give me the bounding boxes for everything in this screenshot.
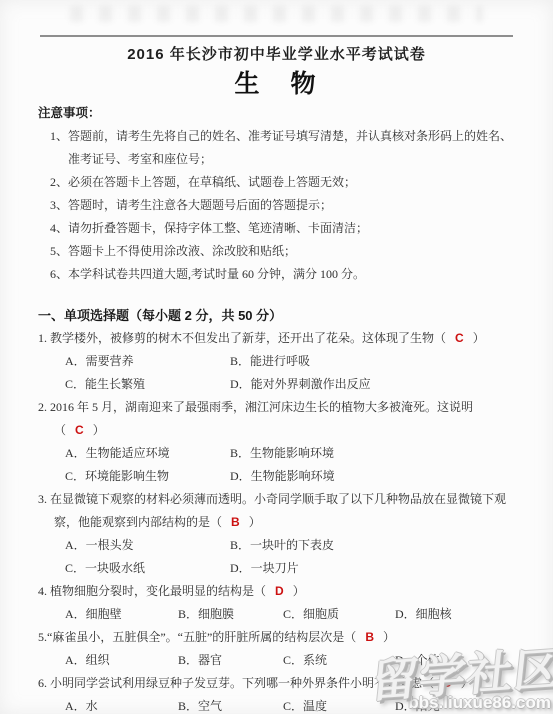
question-stem-tail: ）	[473, 331, 485, 345]
question-stem-text: 5.“麻雀虽小，五脏俱全”。“五脏”的肝脏所属的结构层次是（	[38, 630, 356, 644]
question-stem: 6. 小明同学尝试利用绿豆种子发豆芽。下列哪一种外界条件小明不必考虑（D）	[38, 672, 519, 695]
option-item: D．一块刀片	[230, 557, 519, 580]
option-item: B．能进行呼吸	[230, 350, 519, 373]
option-item: D．生物能影响环境	[230, 465, 519, 488]
option-item: D．细胞核	[395, 603, 519, 626]
notice-item-5: 5、答题卡上不得使用涂改液、涂改胶和贴纸；	[38, 240, 519, 263]
option-item: D．个体	[395, 649, 519, 672]
option-item: B．一块叶的下表皮	[230, 534, 519, 557]
question-stem-tail: ）	[461, 676, 473, 690]
question-options: A．细胞壁B．细胞膜C．细胞质D．细胞核	[65, 603, 519, 626]
answer-letter: B	[365, 630, 374, 644]
option-item: B．器官	[178, 649, 283, 672]
question-block: 1. 教学楼外，被修剪的树木不但发出了新芽，还开出了花朵。这体现了生物（C）A．…	[38, 327, 519, 396]
question-options: A．水B．空气C．温度D．阳光	[65, 695, 519, 714]
subject-title: 生 物	[0, 64, 553, 100]
paper-body: 注意事项： 1、答题前，请考生先将自己的姓名、准考证号填写清楚，并认真核对条形码…	[38, 102, 519, 714]
option-item: A．组织	[65, 649, 178, 672]
option-item: A．细胞壁	[65, 603, 178, 626]
option-item: B．生物能影响环境	[230, 442, 519, 465]
answer-letter: B	[231, 515, 240, 529]
question-stem-text: 6. 小明同学尝试利用绿豆种子发豆芽。下列哪一种外界条件小明不必考虑（	[38, 676, 434, 690]
question-block: 5.“麻雀虽小，五脏俱全”。“五脏”的肝脏所属的结构层次是（B）A．组织B．器官…	[38, 626, 519, 672]
question-options: A．一根头发B．一块叶的下表皮C．一块吸水纸D．一块刀片	[65, 534, 519, 580]
header-divider	[40, 35, 513, 37]
notice-item-3: 3、答题时，请考生注意各大题题号后面的答题提示；	[38, 194, 519, 217]
scan-noise-artifact	[70, 6, 483, 22]
option-item: A．一根头发	[65, 534, 230, 557]
option-item: A．需要营养	[65, 350, 230, 373]
answer-letter: C	[455, 331, 464, 345]
question-block: 6. 小明同学尝试利用绿豆种子发豆芽。下列哪一种外界条件小明不必考虑（D）A．水…	[38, 672, 519, 714]
question-stem-tail: ）	[93, 423, 105, 437]
option-item: B．空气	[178, 695, 283, 714]
option-item: D．阳光	[395, 695, 519, 714]
option-item: A．水	[65, 695, 178, 714]
question-stem: 3. 在显微镜下观察的材料必须薄而透明。小奇同学顺手取了以下几种物品放在显微镜下…	[38, 488, 519, 534]
notices-heading: 注意事项：	[38, 102, 519, 125]
question-stem-text: 3. 在显微镜下观察的材料必须薄而透明。小奇同学顺手取了以下几种物品放在显微镜下…	[38, 492, 506, 529]
question-stem: 5.“麻雀虽小，五脏俱全”。“五脏”的肝脏所属的结构层次是（B）	[38, 626, 519, 649]
option-item: C．一块吸水纸	[65, 557, 230, 580]
question-stem-tail: ）	[249, 515, 261, 529]
notice-item-1: 1、答题前，请考生先将自己的姓名、准考证号填写清楚，并认真核对条形码上的姓名、准…	[38, 125, 519, 171]
option-item: C．能生长繁殖	[65, 373, 230, 396]
option-item: B．细胞膜	[178, 603, 283, 626]
option-item: A．生物能适应环境	[65, 442, 230, 465]
answer-letter: D	[443, 676, 452, 690]
questions-list: 1. 教学楼外，被修剪的树木不但发出了新芽，还开出了花朵。这体现了生物（C）A．…	[38, 327, 519, 714]
question-stem-tail: ）	[293, 584, 305, 598]
question-block: 4. 植物细胞分裂时，变化最明显的结构是（D）A．细胞壁B．细胞膜C．细胞质D．…	[38, 580, 519, 626]
notice-item-6: 6、本学科试卷共四道大题,考试时量 60 分钟，满分 100 分。	[38, 263, 519, 286]
answer-letter: C	[75, 423, 84, 437]
notice-item-2: 2、必须在答题卡上答题，在草稿纸、试题卷上答题无效；	[38, 171, 519, 194]
question-stem: 4. 植物细胞分裂时，变化最明显的结构是（D）	[38, 580, 519, 603]
option-item: C．系统	[283, 649, 395, 672]
question-options: A．组织B．器官C．系统D．个体	[65, 649, 519, 672]
option-item: C．温度	[283, 695, 395, 714]
question-options: A．需要营养B．能进行呼吸C．能生长繁殖D．能对外界刺激作出反应	[65, 350, 519, 396]
exam-title: 2016 年长沙市初中毕业学业水平考试试卷	[0, 43, 553, 64]
exam-paper: 2016 年长沙市初中毕业学业水平考试试卷 生 物 注意事项： 1、答题前，请考…	[0, 0, 553, 714]
notice-item-4: 4、请勿折叠答题卡，保持字体工整、笔迹清晰、卡面清洁；	[38, 217, 519, 240]
question-stem-tail: ）	[383, 630, 395, 644]
option-item: C．细胞质	[283, 603, 395, 626]
question-block: 3. 在显微镜下观察的材料必须薄而透明。小奇同学顺手取了以下几种物品放在显微镜下…	[38, 488, 519, 580]
question-stem-text: 4. 植物细胞分裂时，变化最明显的结构是（	[38, 584, 266, 598]
question-stem-text: 1. 教学楼外，被修剪的树木不但发出了新芽，还开出了花朵。这体现了生物（	[38, 331, 446, 345]
question-block: 2. 2016 年 5 月，湖南迎来了最强雨季，湘江河床边生长的植物大多被淹死。…	[38, 396, 519, 488]
question-stem: 2. 2016 年 5 月，湖南迎来了最强雨季，湘江河床边生长的植物大多被淹死。…	[38, 396, 519, 442]
question-options: A．生物能适应环境B．生物能影响环境C．环境能影响生物D．生物能影响环境	[65, 442, 519, 488]
question-stem: 1. 教学楼外，被修剪的树木不但发出了新芽，还开出了花朵。这体现了生物（C）	[38, 327, 519, 350]
option-item: D．能对外界刺激作出反应	[230, 373, 519, 396]
answer-letter: D	[275, 584, 284, 598]
section-one-heading: 一、单项选择题（每小题 2 分，共 50 分）	[38, 304, 519, 327]
notices-block: 注意事项： 1、答题前，请考生先将自己的姓名、准考证号填写清楚，并认真核对条形码…	[38, 102, 519, 286]
option-item: C．环境能影响生物	[65, 465, 230, 488]
